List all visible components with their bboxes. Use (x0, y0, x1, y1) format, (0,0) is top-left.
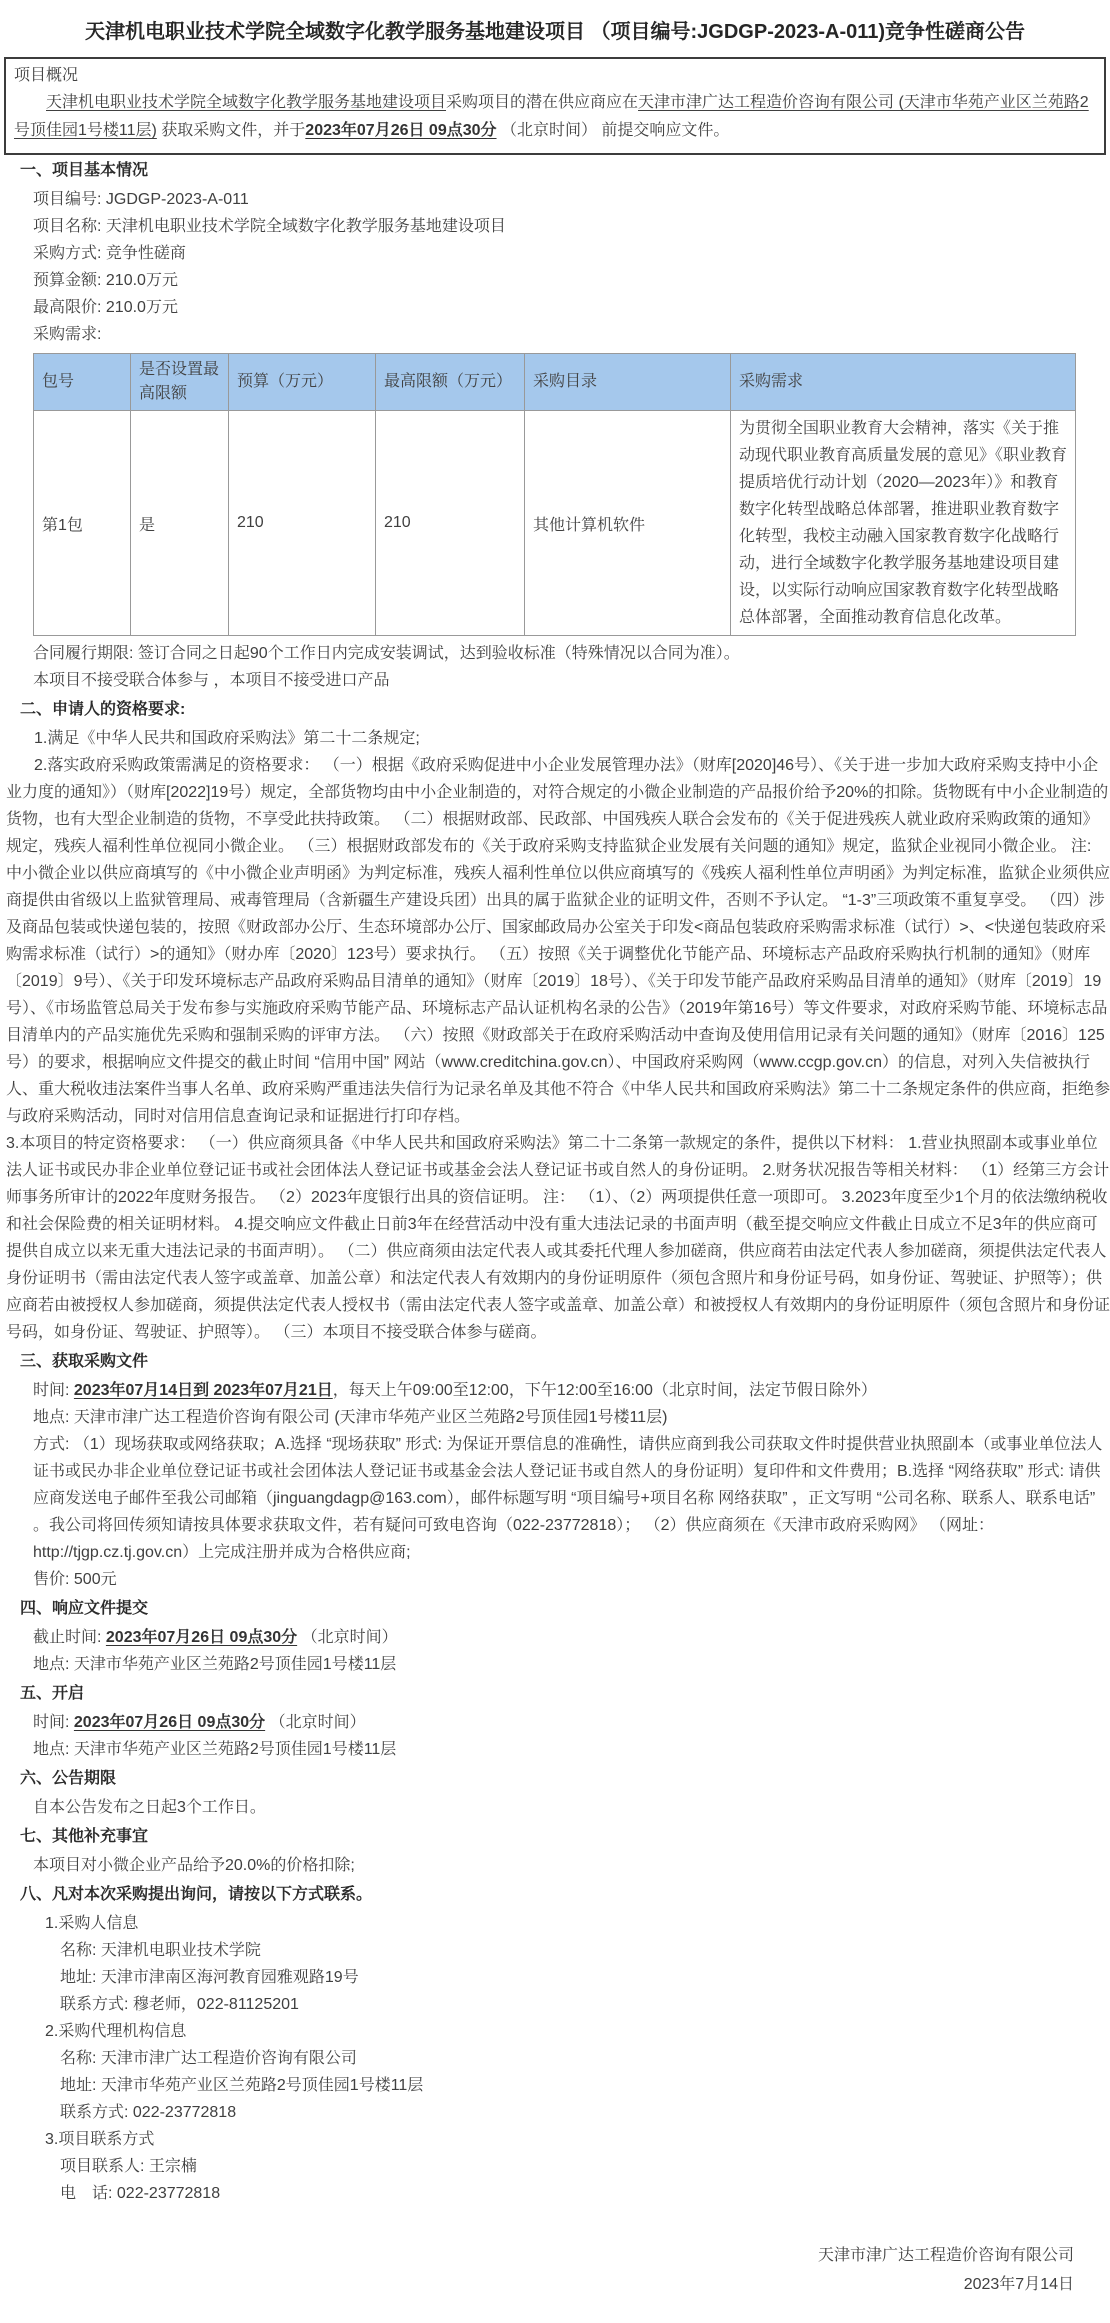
signature-block: 天津市津广达工程造价咨询有限公司 2023年7月14日 (0, 2241, 1074, 2299)
field-procurement-demand: 采购需求: (33, 321, 1110, 348)
procurement-package-table: 包号 是否设置最高限额 预算（万元） 最高限额（万元） 采购目录 采购需求 第1… (33, 353, 1076, 636)
field-value: 竞争性磋商 (106, 245, 186, 262)
field-procurement-method: 采购方式: 竞争性磋商 (33, 240, 1110, 267)
time-label: 时间: (33, 1382, 74, 1399)
overview-text-1: 采购项目的潜在供应商应在 (446, 94, 638, 111)
table-row: 第1包 是 210 210 其他计算机软件 为贯彻全国职业教育大会精神，落实《关… (34, 411, 1076, 636)
submission-deadline-line: 截止时间: 2023年07月26日 09点30分 （北京时间） (33, 1624, 1110, 1651)
opening-time-line: 时间: 2023年07月26日 09点30分 （北京时间） (33, 1709, 1110, 1736)
field-label: 预算金额: (33, 272, 101, 289)
field-label: 项目编号: (33, 191, 101, 208)
section2-heading: 二、申请人的资格要求: (20, 696, 1110, 724)
field-project-name: 项目名称: 天津机电职业技术学院全域数字化教学服务基地建设项目 (33, 213, 1110, 240)
qualification-paragraph-1: 1.满足《中华人民共和国政府采购法》第二十二条规定; (6, 725, 1110, 752)
acquire-location-line: 地点: 天津市津广达工程造价咨询有限公司 (天津市华苑产业区兰苑路2号顶佳园1号… (33, 1404, 1110, 1431)
field-label: 项目名称: (33, 218, 101, 235)
field-value: JGDGP-2023-A-011 (106, 191, 249, 208)
signature-date: 2023年7月14日 (0, 2270, 1074, 2299)
acquire-time-line: 时间: 2023年07月14日到 2023年07月21日，每天上午09:00至1… (33, 1377, 1110, 1404)
agency-info-title: 2.采购代理机构信息 (45, 2018, 1110, 2045)
col-header-catalog: 采购目录 (525, 354, 731, 411)
field-value: 天津机电职业技术学院全域数字化教学服务基地建设项目 (106, 218, 506, 235)
field-max-price: 最高限价: 210.0万元 (33, 294, 1110, 321)
qualification-paragraph-2: 2.落实政府采购政策需满足的资格要求： （一）根据《政府采购促进中小企业发展管理… (6, 752, 1110, 1130)
project-contact-person: 项目联系人: 王宗楠 (60, 2153, 1110, 2180)
submission-location-line: 地点: 天津市华苑产业区兰苑路2号顶佳园1号楼11层 (33, 1651, 1110, 1678)
contract-term-line: 合同履行期限: 签订合同之日起90个工作日内完成安装调试，达到验收标准（特殊情况… (33, 640, 1110, 667)
overview-project-name: 天津机电职业技术学院全域数字化教学服务基地建设项目 (46, 94, 446, 111)
acquire-time-range: 2023年07月14日到 2023年07月21日 (74, 1382, 333, 1399)
opening-time-date: 2023年07月26日 09点30分 (74, 1714, 265, 1731)
deadline-label: 截止时间: (33, 1629, 106, 1646)
signature-company: 天津市津广达工程造价咨询有限公司 (0, 2241, 1074, 2270)
qualification-paragraph-3: 3.本项目的特定资格要求： （一）供应商须具备《中华人民共和国政府采购法》第二十… (6, 1130, 1110, 1346)
acquire-method-line: 方式: （1）现场获取或网络获取；A.选择 “现场获取” 形式: 为保证开票信息… (33, 1431, 1110, 1566)
agency-address: 地址: 天津市华苑产业区兰苑路2号顶佳园1号楼11层 (60, 2072, 1110, 2099)
cell-budget: 210 (229, 411, 376, 636)
field-budget-amount: 预算金额: 210.0万元 (33, 267, 1110, 294)
overview-deadline-date: 2023年07月26日 09点30分 (305, 122, 496, 139)
time-rest: ，每天上午09:00至12:00，下午12:00至16:00（北京时间，法定节假… (333, 1382, 877, 1399)
col-header-budget: 预算（万元） (229, 354, 376, 411)
overview-paragraph: 天津机电职业技术学院全域数字化教学服务基地建设项目采购项目的潜在供应商应在天津市… (14, 89, 1096, 145)
agency-name: 名称: 天津市津广达工程造价咨询有限公司 (60, 2045, 1110, 2072)
section1-heading: 一、项目基本情况 (20, 157, 1110, 185)
section6-heading: 六、公告期限 (20, 1765, 1110, 1793)
section7-heading: 七、其他补充事宜 (20, 1823, 1110, 1851)
field-value: 210.0万元 (106, 299, 178, 316)
field-value: 210.0万元 (106, 272, 178, 289)
field-project-number: 项目编号: JGDGP-2023-A-011 (33, 186, 1110, 213)
submission-deadline-date: 2023年07月26日 09点30分 (106, 1629, 297, 1646)
purchaser-contact: 联系方式: 穆老师，022-81125201 (60, 1991, 1110, 2018)
agency-contact: 联系方式: 022-23772818 (60, 2099, 1110, 2126)
purchaser-address: 地址: 天津市津南区海河教育园雅观路19号 (60, 1964, 1110, 1991)
col-header-max-limit: 最高限额（万元） (376, 354, 525, 411)
overview-heading: 项目概况 (14, 62, 1096, 89)
section3-heading: 三、获取采购文件 (20, 1348, 1110, 1376)
opening-time-rest: （北京时间） (265, 1714, 365, 1731)
field-label: 采购方式: (33, 245, 101, 262)
col-header-has-max-limit: 是否设置最高限额 (131, 354, 229, 411)
project-overview-box: 项目概况 天津机电职业技术学院全域数字化教学服务基地建设项目采购项目的潜在供应商… (4, 57, 1106, 155)
purchaser-info-title: 1.采购人信息 (45, 1910, 1110, 1937)
purchaser-name: 名称: 天津机电职业技术学院 (60, 1937, 1110, 1964)
no-consortium-note: 本项目不接受联合体参与 ，本项目不接受进口产品 (33, 667, 1110, 694)
opening-time-label: 时间: (33, 1714, 74, 1731)
cell-package-number: 第1包 (34, 411, 131, 636)
cell-demand: 为贯彻全国职业教育大会精神，落实《关于推动现代职业教育高质量发展的意见》《职业教… (731, 411, 1076, 636)
section5-heading: 五、开启 (20, 1680, 1110, 1708)
cell-has-max-limit: 是 (131, 411, 229, 636)
col-header-demand: 采购需求 (731, 354, 1076, 411)
section4-heading: 四、响应文件提交 (20, 1595, 1110, 1623)
project-contact-phone: 电 话: 022-23772818 (60, 2180, 1110, 2207)
overview-text-5: （北京时间） 前提交响应文件。 (497, 122, 730, 139)
field-label: 最高限价: (33, 299, 101, 316)
opening-location-line: 地点: 天津市华苑产业区兰苑路2号顶佳园1号楼11层 (33, 1736, 1110, 1763)
table-header-row: 包号 是否设置最高限额 预算（万元） 最高限额（万元） 采购目录 采购需求 (34, 354, 1076, 411)
overview-text-3: 获取采购文件，并于 (157, 122, 305, 139)
deadline-rest: （北京时间） (297, 1629, 397, 1646)
field-label: 采购需求: (33, 326, 101, 343)
cell-catalog: 其他计算机软件 (525, 411, 731, 636)
col-header-package-number: 包号 (34, 354, 131, 411)
document-price-line: 售价: 500元 (33, 1566, 1110, 1593)
announcement-period-line: 自本公告发布之日起3个工作日。 (33, 1794, 1110, 1821)
cell-max-limit: 210 (376, 411, 525, 636)
price-deduction-line: 本项目对小微企业产品给予20.0%的价格扣除; (33, 1852, 1110, 1879)
page-title: 天津机电职业技术学院全域数字化教学服务基地建设项目 （项目编号:JGDGP-20… (8, 18, 1102, 47)
project-contact-title: 3.项目联系方式 (45, 2126, 1110, 2153)
section8-heading: 八、凡对本次采购提出询问，请按以下方式联系。 (20, 1881, 1110, 1909)
procurement-announcement-page: 天津机电职业技术学院全域数字化教学服务基地建设项目 （项目编号:JGDGP-20… (0, 0, 1110, 2323)
